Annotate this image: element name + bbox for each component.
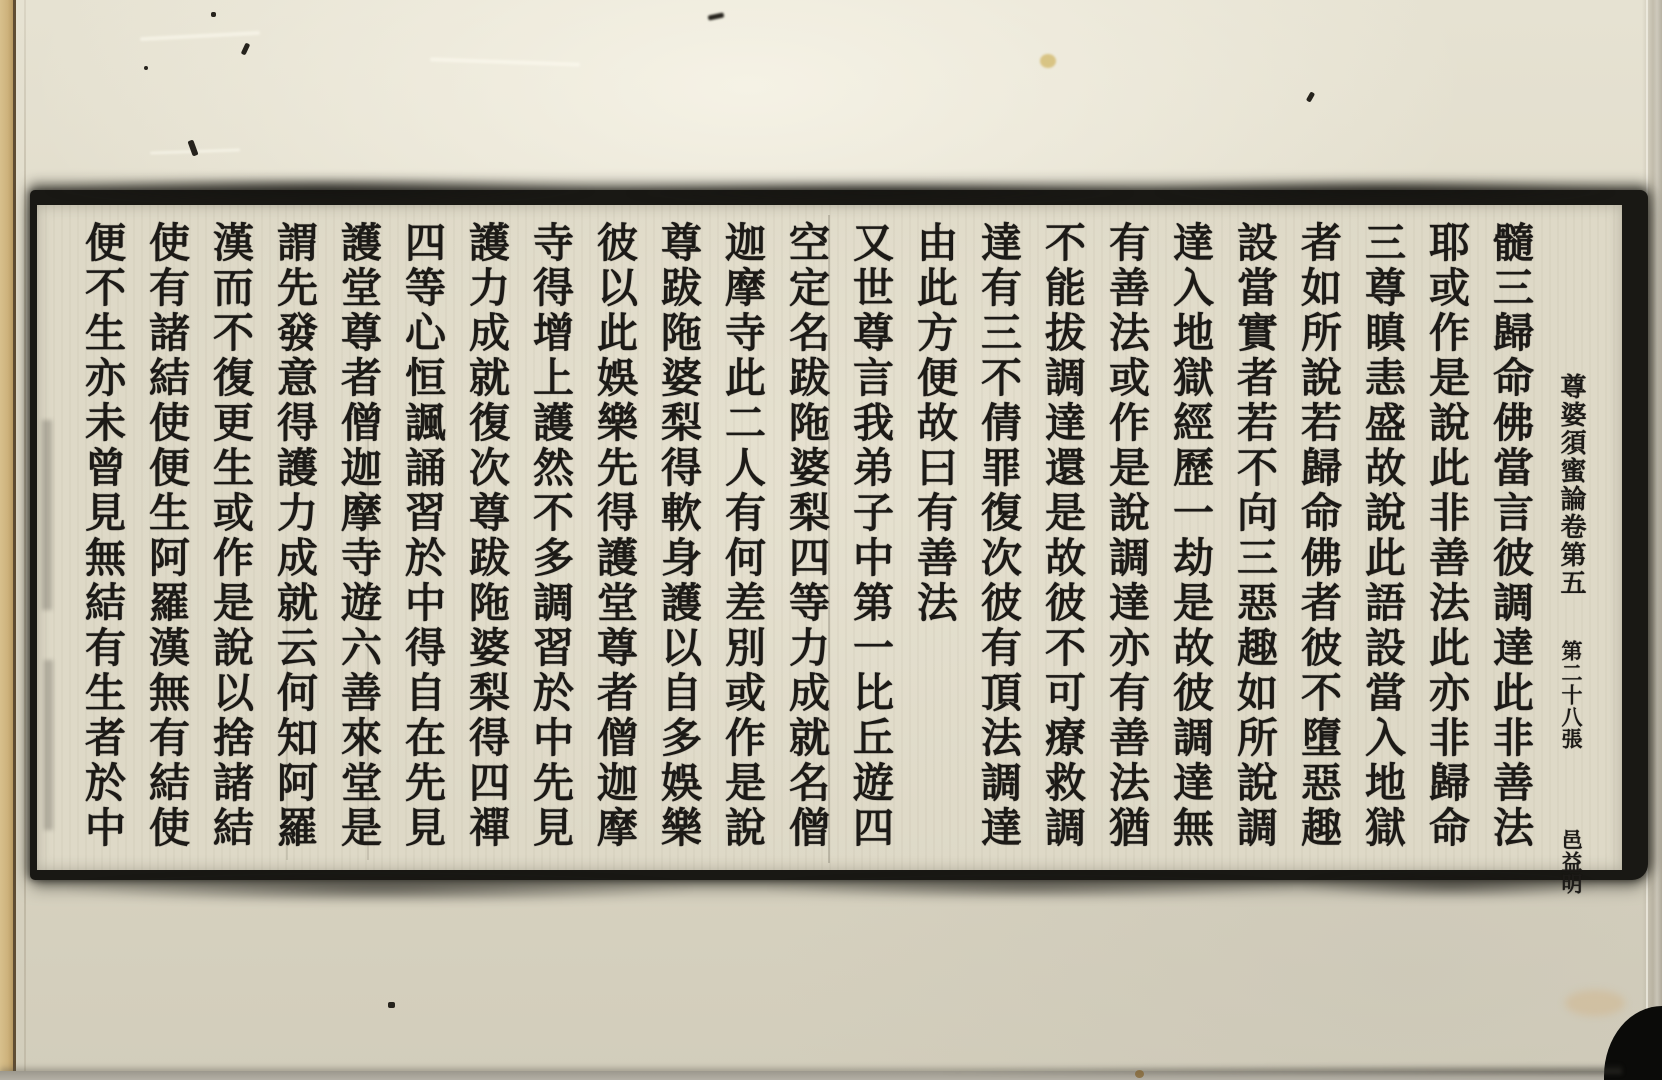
margin-title-column: 尊婆須蜜論卷第五 第二十八張 邑益明 — [1542, 221, 1600, 859]
text-column: 達入地獄經歷一劫是故彼調達無 — [1158, 221, 1222, 859]
paper-stain — [1565, 990, 1625, 1016]
paper-streak — [430, 57, 580, 66]
text-column: 髓三歸命佛當言彼調達此非善法 — [1478, 221, 1542, 859]
text-column: 彼以此娛樂先得護堂尊者僧迦摩 — [582, 221, 646, 859]
ink-smudge — [60, 874, 700, 904]
paper-stain — [1135, 1070, 1144, 1078]
text-column: 設當實者若不向三惡趣如所說調 — [1222, 221, 1286, 859]
text-column: 空定名跋陁婆梨四等力成就名僧 — [774, 221, 838, 859]
text-column: 三尊瞋恚盛故說此語設當入地獄 — [1350, 221, 1414, 859]
page-fold-crease — [24, 0, 26, 1080]
marginal-note: 邑益明 — [1559, 829, 1583, 895]
text-column: 者如所說若歸命佛者彼不墮惡趣 — [1286, 221, 1350, 859]
ink-speck — [708, 12, 725, 20]
text-column: 尊跋陁婆梨得軟身護以自多娛樂 — [646, 221, 710, 859]
ink-smudge — [40, 176, 600, 204]
ink-smudge — [1300, 872, 1600, 900]
sheet-number: 第二十八張 — [1559, 640, 1583, 750]
book-spine-edge — [0, 0, 16, 1080]
volume-title: 尊婆須蜜論卷第五 — [1557, 373, 1586, 597]
text-column: 謂先發意得護力成就云何知阿羅 — [262, 221, 326, 859]
ink-smudge — [1150, 178, 1620, 204]
paper-stain — [1040, 54, 1056, 68]
text-column: 又世尊言我弟子中第一比丘遊四 — [838, 221, 902, 859]
ink-speck — [211, 12, 216, 17]
paper-streak — [140, 31, 260, 41]
ink-smudge — [760, 876, 1300, 900]
text-column: 有善法或作是說調達亦有善法猶 — [1094, 221, 1158, 859]
text-column: 寺得增上護然不多調習於中先見 — [518, 221, 582, 859]
text-column: 迦摩寺此二人有何差別或作是說 — [710, 221, 774, 859]
text-column: 達有三不倩罪復次彼有頂法調達 — [966, 221, 1030, 859]
page-curl-shadow — [922, 1064, 1622, 1074]
scanned-book-page: 尊婆須蜜論卷第五 第二十八張 邑益明 髓三歸命佛當言彼調達此非善法耶或作是說此非… — [0, 0, 1662, 1080]
ink-speck — [187, 139, 198, 156]
text-column: 護力成就復次尊跋陁婆梨得四禪 — [454, 221, 518, 859]
text-column: 使有諸結使便生阿羅漢無有結使 — [134, 221, 198, 859]
ink-speck — [388, 1002, 395, 1008]
text-column: 四等心恒諷誦習於中得自在先見 — [390, 221, 454, 859]
text-columns: 尊婆須蜜論卷第五 第二十八張 邑益明 髓三歸命佛當言彼調達此非善法耶或作是說此非… — [37, 205, 1622, 869]
text-column: 由此方便故曰有善法 — [902, 221, 966, 859]
ink-speck — [241, 43, 251, 56]
ink-speck — [144, 66, 148, 70]
text-column: 便不生亦未曾見無結有生者於中 — [70, 221, 134, 859]
ink-smudge — [620, 182, 1140, 204]
text-column: 不能拔調達還是故彼不可療救調 — [1030, 221, 1094, 859]
ink-speck — [1306, 91, 1315, 102]
text-column: 漢而不復更生或作是說以捨諸結 — [198, 221, 262, 859]
text-column: 護堂尊者僧迦摩寺遊六善來堂是 — [326, 221, 390, 859]
text-column: 耶或作是說此非善法此亦非歸命 — [1414, 221, 1478, 859]
